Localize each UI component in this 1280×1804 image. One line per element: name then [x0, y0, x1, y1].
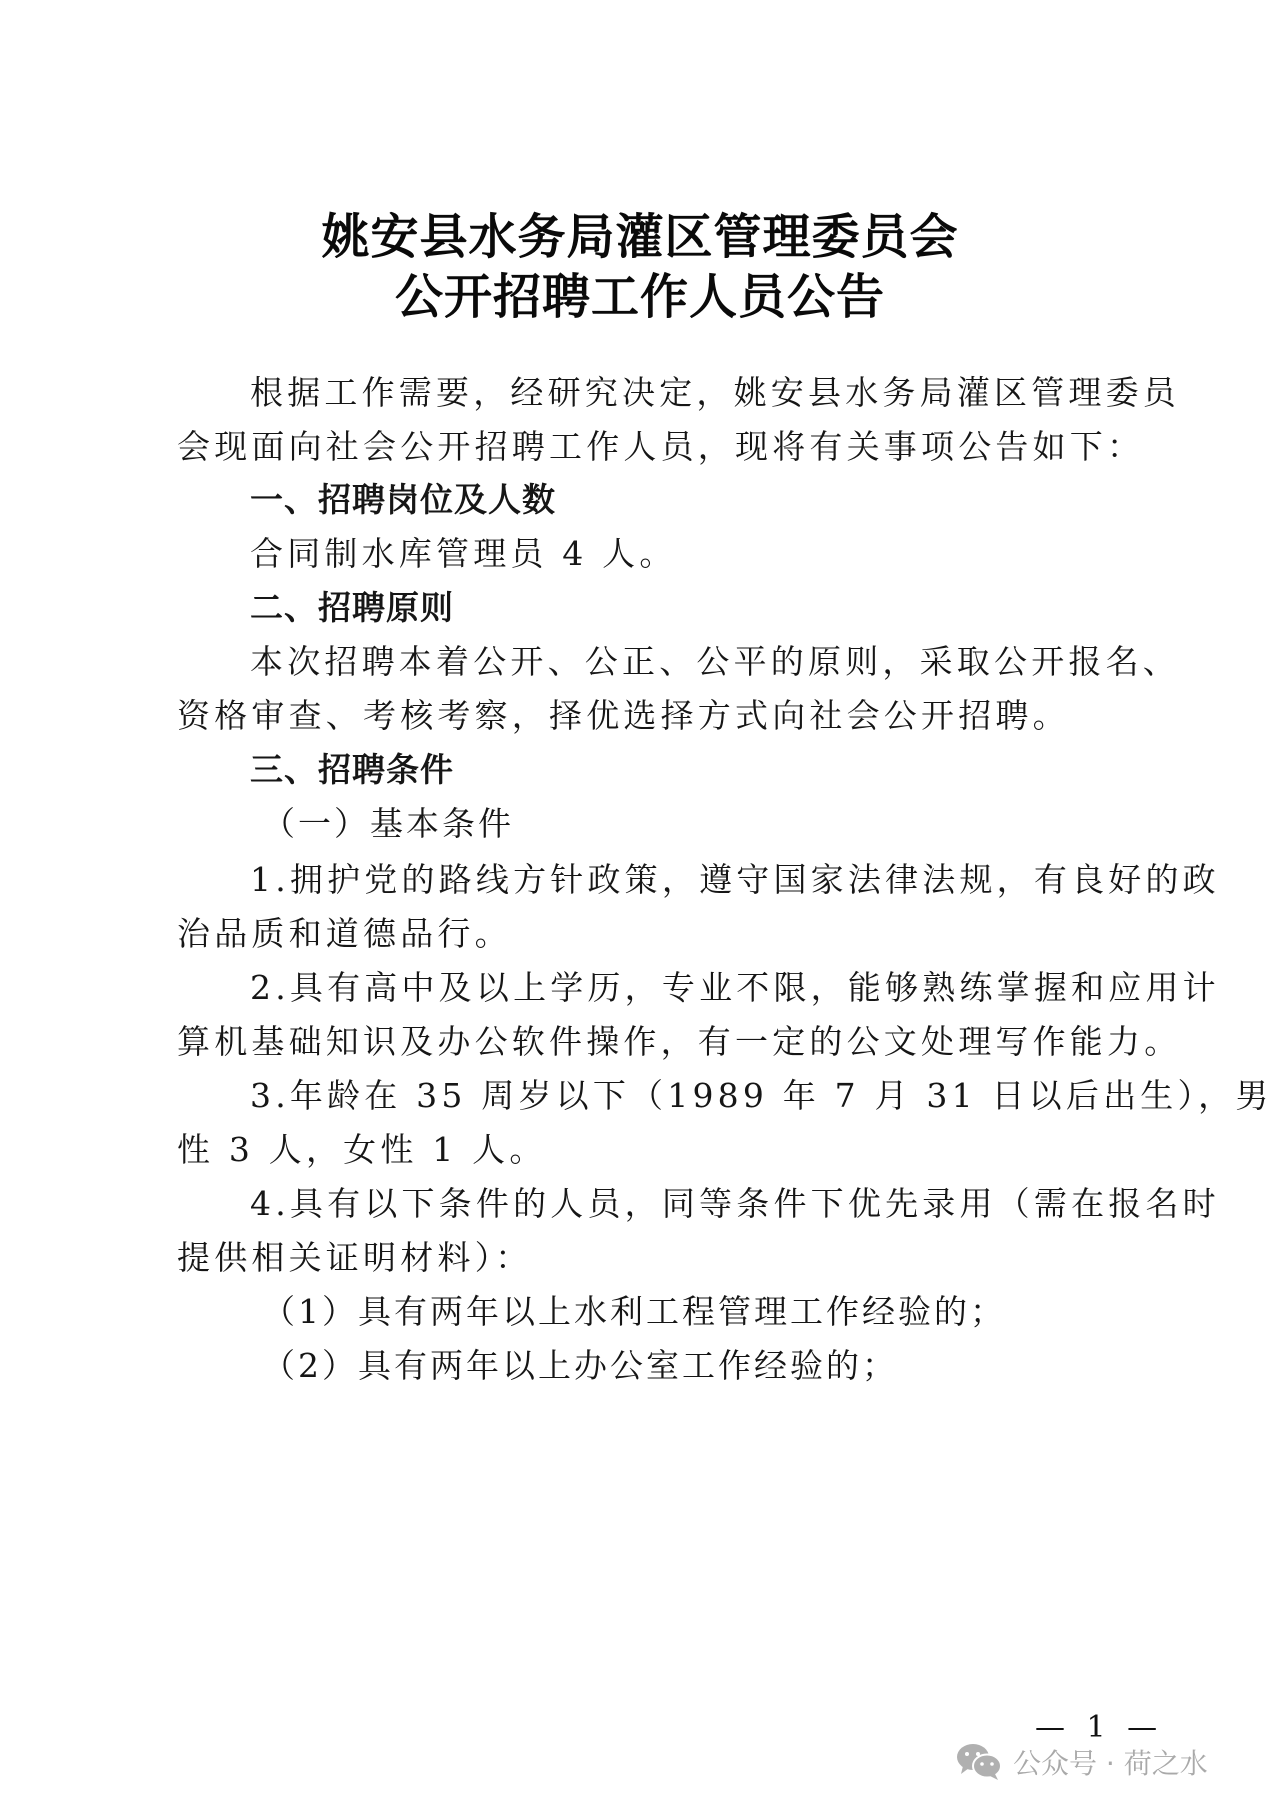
body-line: 治品质和道德品行。	[177, 914, 1137, 954]
body-line: 提供相关证明材料）：	[177, 1238, 1137, 1278]
subsection-heading: （一）基本条件	[262, 804, 1222, 844]
body-line: 会现面向社会公开招聘工作人员，现将有关事项公告如下：	[177, 427, 1137, 467]
section-heading-3: 三、招聘条件	[250, 750, 1210, 790]
section-heading-1: 一、招聘岗位及人数	[250, 480, 1210, 520]
list-item: （1）具有两年以上水利工程管理工作经验的；	[262, 1292, 1222, 1332]
body-line: 4.具有以下条件的人员，同等条件下优先录用（需在报名时	[250, 1184, 1210, 1224]
body-line: 资格审查、考核考察，择优选择方式向社会公开招聘。	[177, 696, 1137, 736]
body-line: 本次招聘本着公开、公正、公平的原则，采取公开报名、	[250, 642, 1210, 682]
watermark: 公众号 · 荷之水	[955, 1734, 1208, 1790]
wechat-icon	[955, 1742, 1003, 1782]
body-line: 2.具有高中及以上学历，专业不限，能够熟练掌握和应用计	[250, 968, 1210, 1008]
watermark-text: 公众号 · 荷之水	[1013, 1742, 1208, 1782]
section-heading-2: 二、招聘原则	[250, 588, 1210, 628]
list-item: （2）具有两年以上办公室工作经验的；	[262, 1346, 1222, 1386]
body-line: 3.年龄在 35 周岁以下（1989 年 7 月 31 日以后出生），男	[250, 1076, 1210, 1116]
body-line: 合同制水库管理员 4 人。	[250, 534, 1210, 574]
title-line-1: 姚安县水务局灌区管理委员会	[0, 198, 1280, 267]
body-line: 算机基础知识及办公软件操作，有一定的公文处理写作能力。	[177, 1022, 1137, 1062]
body-line: 根据工作需要，经研究决定，姚安县水务局灌区管理委员	[250, 373, 1210, 413]
body-line: 性 3 人，女性 1 人。	[177, 1130, 1137, 1170]
body-line: 1.拥护党的路线方针政策，遵守国家法律法规，有良好的政	[250, 860, 1210, 900]
title-line-2: 公开招聘工作人员公告	[0, 258, 1280, 327]
